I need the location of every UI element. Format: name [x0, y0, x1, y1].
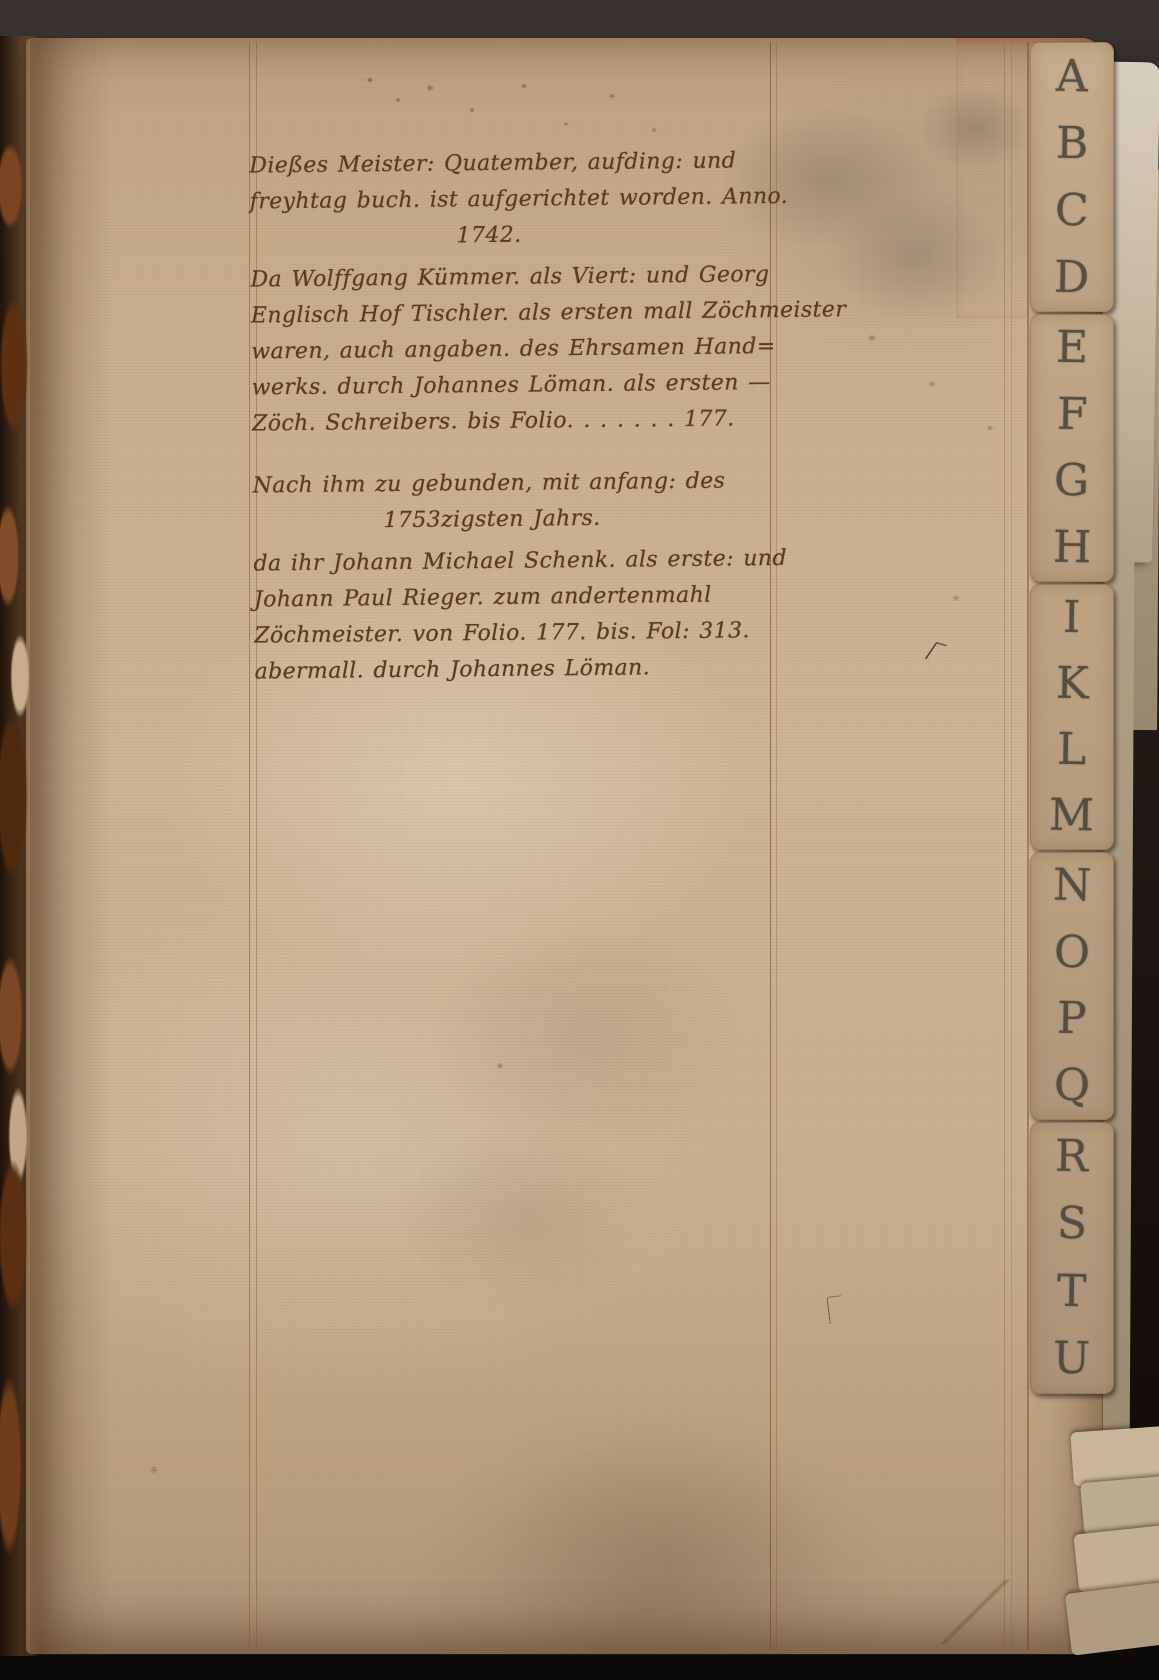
manuscript-line: waren, auch angaben. des Ehrsamen Hand= — [251, 330, 729, 371]
tab-letter: G — [1054, 459, 1090, 504]
tab-letter: C — [1055, 188, 1089, 233]
tab-letter: Q — [1054, 1063, 1091, 1108]
gutter-shadow — [30, 38, 114, 1654]
book-spine-remnant — [0, 36, 40, 1656]
tab-letter: U — [1053, 1337, 1091, 1382]
manuscript-line: abermall. durch Johannes Löman. — [254, 649, 732, 690]
tab-letter: K — [1055, 662, 1089, 707]
tab-letter: N — [1052, 864, 1091, 909]
tab-letter: P — [1057, 997, 1087, 1042]
page-fold-crease — [1011, 42, 1012, 1650]
ink-mark — [826, 1295, 844, 1324]
index-tab-a-d: A B C D — [1030, 42, 1114, 312]
manuscript-line: freyhtag buch. ist aufgerichtet worden. … — [250, 180, 728, 221]
margin-rule-center — [770, 42, 777, 1650]
page-stack-edge — [1080, 1473, 1159, 1535]
tab-letter: F — [1056, 392, 1087, 437]
tab-letter: O — [1054, 930, 1091, 975]
tab-letter: L — [1057, 728, 1087, 773]
tab-letter: D — [1054, 255, 1090, 300]
index-tab-n-q: N O P Q — [1030, 852, 1114, 1120]
tab-letter: H — [1052, 525, 1091, 570]
manuscript-line: da ihr Johann Michael Schenk. als erste:… — [253, 541, 731, 582]
index-tab-e-h: E F G H — [1030, 314, 1114, 582]
tab-letter: M — [1049, 794, 1095, 839]
manuscript-line: 1753zigsten Jahrs. — [253, 499, 731, 540]
corner-fold-crease — [930, 1580, 1020, 1644]
tab-letter: R — [1055, 1134, 1089, 1179]
tab-letter: E — [1056, 326, 1089, 371]
manuscript-line: Zöchmeister. von Folio. 177. bis. Fol: 3… — [254, 613, 732, 654]
page-fold-crease — [1027, 42, 1029, 1650]
tab-letter: S — [1057, 1202, 1088, 1247]
index-tab-i-m: I K L M — [1030, 584, 1114, 850]
scanned-book-page: Dießes Meister: Quatember, aufding: und … — [0, 0, 1159, 1680]
manuscript-line: Englisch Hof Tischler. als ersten mall Z… — [251, 294, 729, 335]
tab-letter: T — [1057, 1269, 1087, 1314]
index-tab-r-u: R S T U — [1030, 1122, 1114, 1394]
manuscript-line: Johann Paul Rieger. zum andertenmahl — [254, 577, 732, 618]
page-fold-crease — [1004, 42, 1005, 1650]
manuscript-line: Nach ihm zu gebunden, mit anfang: des — [253, 463, 731, 504]
manuscript-text: Dießes Meister: Quatember, aufding: und … — [249, 144, 733, 691]
tab-letter: A — [1056, 54, 1089, 99]
tab-letter: I — [1063, 596, 1081, 640]
tab-letter: B — [1055, 121, 1088, 166]
manuscript-line: Zöch. Schreibers. bis Folio. . . . . . .… — [252, 401, 730, 442]
manuscript-line: Dießes Meister: Quatember, aufding: und — [249, 144, 727, 185]
manuscript-line: werks. durch Johannes Löman. als ersten … — [251, 365, 729, 406]
manuscript-line: 1742. — [250, 216, 728, 257]
manuscript-line: Da Wolffgang Kümmer. als Viert: und Geor… — [250, 258, 728, 299]
